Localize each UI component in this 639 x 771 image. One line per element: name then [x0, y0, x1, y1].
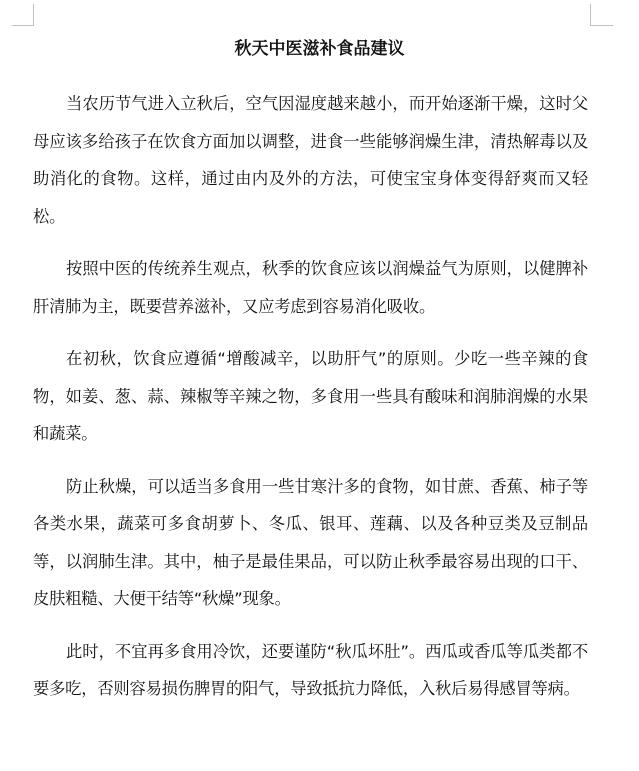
page-corner-mark-top-right	[590, 4, 613, 26]
page-corner-mark-top-left	[12, 4, 34, 26]
paragraph-3[interactable]: 在初秋，饮食应遵循“增酸减辛，以助肝气”的原则。少吃一些辛辣的食物，如姜、葱、蒜…	[33, 340, 588, 453]
document-body[interactable]: 当农历节气进入立秋后，空气因湿度越来越小，而开始逐渐干燥，这时父母应该多给孩子在…	[33, 85, 588, 723]
paragraph-1[interactable]: 当农历节气进入立秋后，空气因湿度越来越小，而开始逐渐干燥，这时父母应该多给孩子在…	[33, 85, 588, 235]
paragraph-2[interactable]: 按照中医的传统养生观点，秋季的饮食应该以润燥益气为原则，以健脾补肝清肺为主，既要…	[33, 250, 588, 325]
paragraph-5[interactable]: 此时，不宜再多食用冷饮，还要谨防“秋瓜坏肚”。西瓜或香瓜等瓜类都不要多吃，否则容…	[33, 633, 588, 708]
paragraph-4[interactable]: 防止秋燥，可以适当多食用一些甘寒汁多的食物，如甘蔗、香蕉、柿子等各类水果，蔬菜可…	[33, 468, 588, 618]
document-title: 秋天中医滋补食品建议	[0, 34, 639, 59]
